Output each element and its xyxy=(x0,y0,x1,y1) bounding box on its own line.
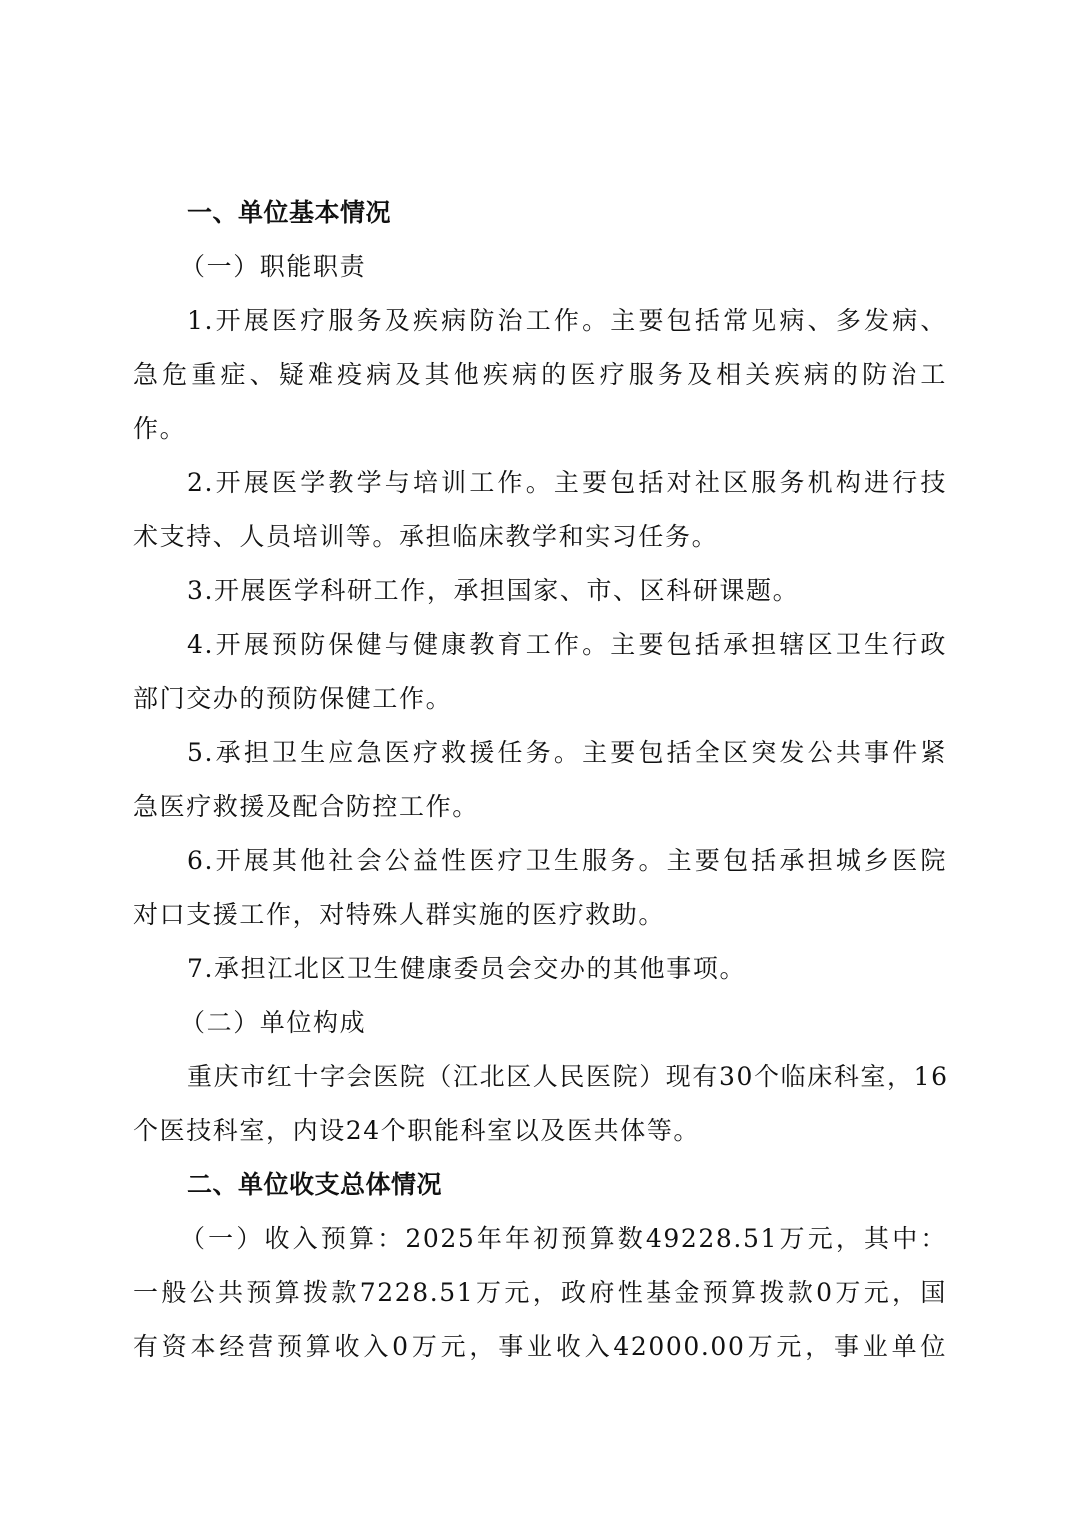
paragraph-line: 术支持、人员培训等。承担临床教学和实习任务。 xyxy=(133,520,947,554)
paragraph-line: 个医技科室，内设24个职能科室以及医共体等。 xyxy=(133,1114,947,1148)
paragraph-line: 重庆市红十字会医院（江北区人民医院）现有30个临床科室，16 xyxy=(187,1060,947,1094)
paragraph-line: 1.开展医疗服务及疾病防治工作。主要包括常见病、多发病、 xyxy=(187,304,947,338)
paragraph-line: 部门交办的预防保健工作。 xyxy=(133,682,947,716)
section-heading-budget-overview: 二、单位收支总体情况 xyxy=(187,1168,947,1202)
paragraph-line: 2.开展医学教学与培训工作。主要包括对社区服务机构进行技 xyxy=(187,466,947,500)
document-page: 一、单位基本情况 （一）职能职责 1.开展医疗服务及疾病防治工作。主要包括常见病… xyxy=(0,0,1074,1520)
paragraph-line: 5.承担卫生应急医疗救援任务。主要包括全区突发公共事件紧 xyxy=(187,736,947,770)
paragraph-line: 3.开展医学科研工作，承担国家、市、区科研课题。 xyxy=(187,574,947,608)
subsection-heading-composition: （二）单位构成 xyxy=(180,1006,940,1040)
paragraph-line: （一）收入预算：2025年年初预算数49228.51万元，其中： xyxy=(180,1222,947,1256)
paragraph-line: 4.开展预防保健与健康教育工作。主要包括承担辖区卫生行政 xyxy=(187,628,947,662)
paragraph-line: 7.承担江北区卫生健康委员会交办的其他事项。 xyxy=(187,952,947,986)
paragraph-line: 急危重症、疑难疫病及其他疾病的医疗服务及相关疾病的防治工 xyxy=(133,358,947,392)
paragraph-line: 急医疗救援及配合防控工作。 xyxy=(133,790,947,824)
paragraph-line: 作。 xyxy=(133,412,947,446)
paragraph-line: 一般公共预算拨款7228.51万元，政府性基金预算拨款0万元，国 xyxy=(133,1276,947,1310)
paragraph-line: 有资本经营预算收入0万元，事业收入42000.00万元，事业单位 xyxy=(133,1330,947,1364)
paragraph-line: 6.开展其他社会公益性医疗卫生服务。主要包括承担城乡医院 xyxy=(187,844,947,878)
section-heading-basic-info: 一、单位基本情况 xyxy=(187,196,947,230)
subsection-heading-functions: （一）职能职责 xyxy=(180,250,940,284)
paragraph-line: 对口支援工作，对特殊人群实施的医疗救助。 xyxy=(133,898,947,932)
